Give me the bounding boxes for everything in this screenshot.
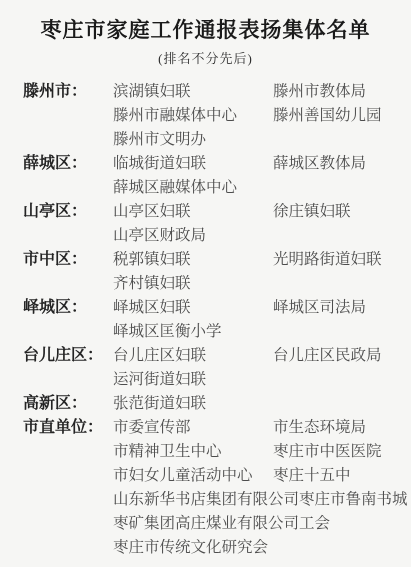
organization-name [273,128,407,152]
organization-row: 税郭镇妇联光明路街道妇联 [113,248,407,272]
organization-row: 峄城区匡衡小学 [113,320,407,344]
district-label: 薛城区： [23,152,113,176]
organization-row: 滕州市文明办 [113,128,407,152]
organization-name: 台儿庄区民政局 [273,344,407,368]
district-label: 市中区： [23,248,113,272]
district-label: 市直单位： [23,416,113,440]
organization-name: 山亭区财政局 [113,224,273,248]
organization-row: 台儿庄区妇联台儿庄区民政局 [113,344,407,368]
organization-name [273,224,407,248]
district-section: 峄城区：峄城区妇联峄城区司法局峄城区匡衡小学 [23,296,407,344]
organization-row: 薛城区融媒体中心 [113,176,407,200]
organization-name: 枣庄市中医医院 [273,440,407,464]
district-organizations: 临城街道妇联薛城区教体局薛城区融媒体中心 [113,152,407,200]
organization-name: 税郭镇妇联 [113,248,273,272]
document-page: 枣庄市家庭工作通报表扬集体名单 (排名不分先后) 滕州市：滨湖镇妇联滕州市教体局… [0,0,411,567]
district-organizations: 税郭镇妇联光明路街道妇联齐村镇妇联 [113,248,407,296]
organization-row: 运河街道妇联 [113,368,407,392]
organization-name: 市妇女儿童活动中心 [113,464,273,488]
organization-name: 徐庄镇妇联 [273,200,407,224]
organization-name: 临城街道妇联 [113,152,273,176]
organization-name: 滕州善国幼儿园 [273,104,407,128]
district-section: 市中区：税郭镇妇联光明路街道妇联齐村镇妇联 [23,248,407,296]
district-organizations: 台儿庄区妇联台儿庄区民政局运河街道妇联 [113,344,407,392]
organization-name: 市精神卫生中心 [113,440,273,464]
organization-name [273,392,407,416]
organization-name: 薛城区教体局 [273,152,407,176]
district-label: 峄城区： [23,296,113,320]
district-organizations: 市委宣传部市生态环境局市精神卫生中心枣庄市中医医院市妇女儿童活动中心枣庄十五中山… [113,416,407,560]
organization-row: 市妇女儿童活动中心枣庄十五中 [113,464,407,488]
district-organizations: 峄城区妇联峄城区司法局峄城区匡衡小学 [113,296,407,344]
organization-name: 枣矿集团高庄煤业有限公司工会 [113,512,407,536]
organization-name: 山东新华书店集团有限公司枣庄市鲁南书城 [113,488,407,512]
district-section: 山亭区：山亭区妇联徐庄镇妇联山亭区财政局 [23,200,407,248]
organization-row: 滨湖镇妇联滕州市教体局 [113,80,407,104]
organization-name: 峄城区匡衡小学 [113,320,273,344]
district-label: 滕州市： [23,80,113,104]
district-organizations: 山亭区妇联徐庄镇妇联山亭区财政局 [113,200,407,248]
organization-row: 齐村镇妇联 [113,272,407,296]
organization-name: 齐村镇妇联 [113,272,273,296]
organization-name: 薛城区融媒体中心 [113,176,273,200]
district-section: 高新区：张范街道妇联 [23,392,407,416]
organization-name [273,320,407,344]
organization-name: 滕州市融媒体中心 [113,104,273,128]
district-label: 山亭区： [23,200,113,224]
organization-row: 山亭区妇联徐庄镇妇联 [113,200,407,224]
district-label: 高新区： [23,392,113,416]
district-section: 滕州市：滨湖镇妇联滕州市教体局滕州市融媒体中心滕州善国幼儿园滕州市文明办 [23,80,407,152]
organization-name: 峄城区司法局 [273,296,407,320]
district-section: 薛城区：临城街道妇联薛城区教体局薛城区融媒体中心 [23,152,407,200]
organization-row: 市精神卫生中心枣庄市中医医院 [113,440,407,464]
organization-name: 运河街道妇联 [113,368,273,392]
organization-row: 市委宣传部市生态环境局 [113,416,407,440]
organization-row: 峄城区妇联峄城区司法局 [113,296,407,320]
organization-row: 临城街道妇联薛城区教体局 [113,152,407,176]
organization-row: 滕州市融媒体中心滕州善国幼儿园 [113,104,407,128]
organization-name: 光明路街道妇联 [273,248,407,272]
organization-name: 滨湖镇妇联 [113,80,273,104]
organization-name: 市生态环境局 [273,416,407,440]
organization-name: 峄城区妇联 [113,296,273,320]
organization-name [273,368,407,392]
district-label: 台儿庄区： [23,344,113,368]
organization-name: 枣庄市传统文化研究会 [113,536,407,560]
organization-name: 山亭区妇联 [113,200,273,224]
organization-name [273,272,407,296]
page-subtitle: (排名不分先后) [0,50,411,67]
page-title: 枣庄市家庭工作通报表扬集体名单 [0,17,411,43]
organization-name: 张范街道妇联 [113,392,273,416]
district-section: 市直单位：市委宣传部市生态环境局市精神卫生中心枣庄市中医医院市妇女儿童活动中心枣… [23,416,407,560]
organization-name: 台儿庄区妇联 [113,344,273,368]
district-organizations: 张范街道妇联 [113,392,407,416]
organization-name: 市委宣传部 [113,416,273,440]
organization-name: 滕州市教体局 [273,80,407,104]
organization-name [273,176,407,200]
organization-name: 滕州市文明办 [113,128,273,152]
district-organizations: 滨湖镇妇联滕州市教体局滕州市融媒体中心滕州善国幼儿园滕州市文明办 [113,80,407,152]
commended-sections-list: 滕州市：滨湖镇妇联滕州市教体局滕州市融媒体中心滕州善国幼儿园滕州市文明办薛城区：… [0,80,411,560]
organization-row: 张范街道妇联 [113,392,407,416]
organization-name: 枣庄十五中 [273,464,407,488]
organization-row: 山亭区财政局 [113,224,407,248]
district-section: 台儿庄区：台儿庄区妇联台儿庄区民政局运河街道妇联 [23,344,407,392]
